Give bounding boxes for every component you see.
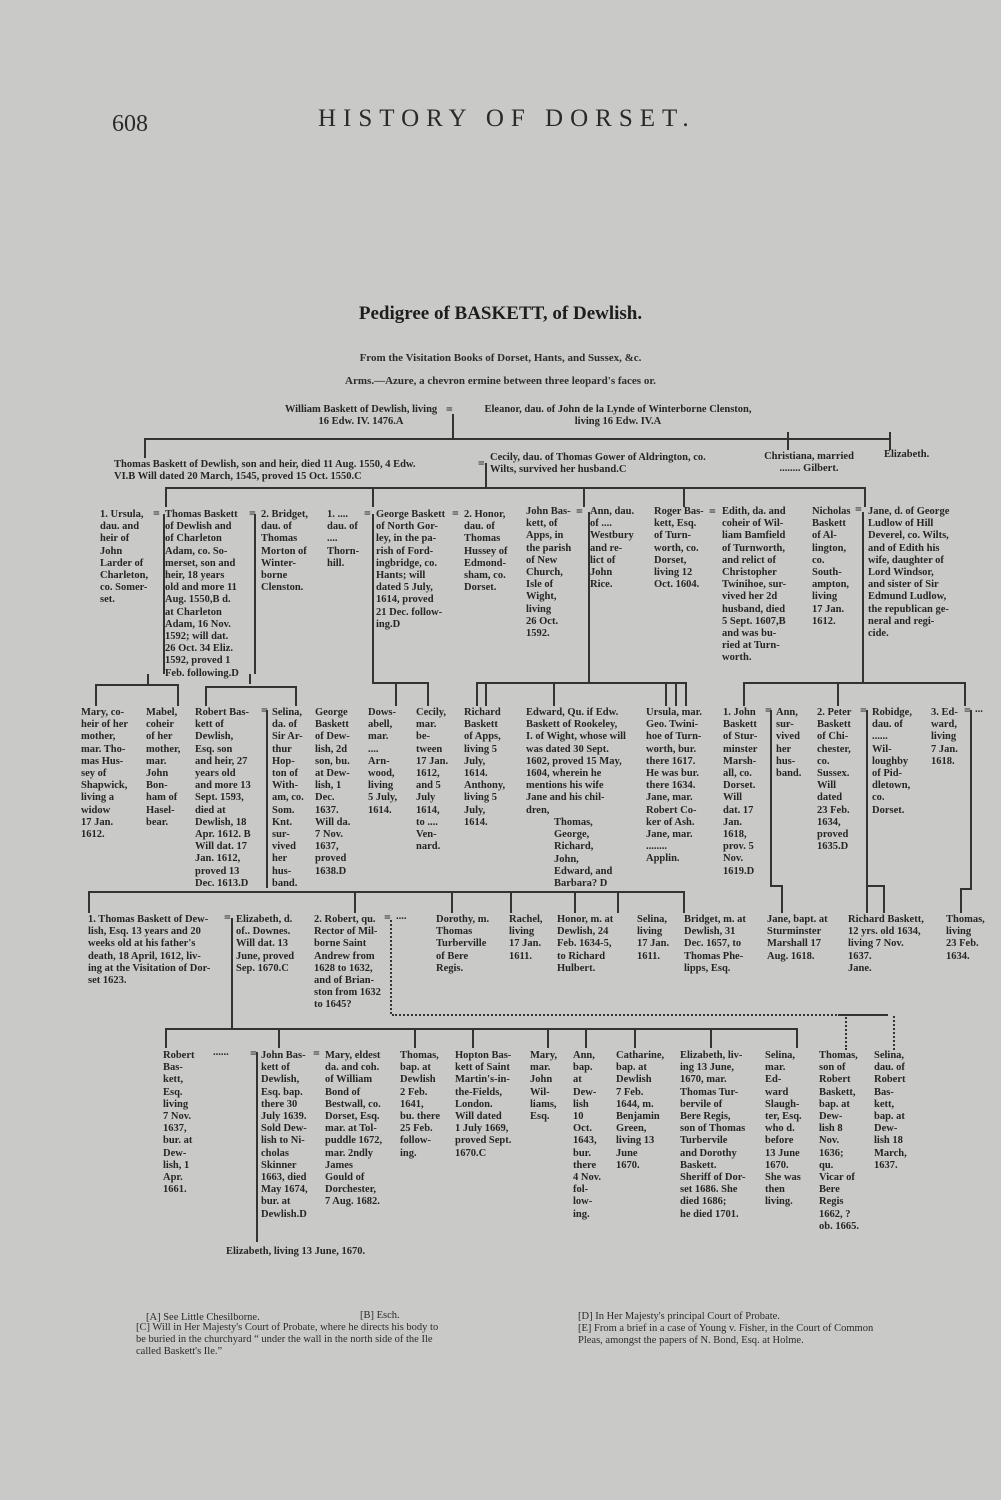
sibling-line	[165, 487, 865, 489]
person-selina-hopton: Selina, da. of Sir Ar- thur Hop- ton of …	[272, 707, 312, 890]
page-number: 608	[112, 118, 148, 130]
descent-line	[710, 1028, 712, 1048]
person-hopton-baskett: Hopton Bas- kett of Saint Martin's-in- t…	[455, 1050, 523, 1160]
person-ann-wife-john: Ann, sur- vived her hus- band.	[776, 707, 810, 780]
person-john-baskett-gen6: John Bas- kett of Dewlish, Esq. bap. the…	[261, 1050, 315, 1221]
pedigree-arms: Arms.—Azure, a chevron ermine between th…	[0, 375, 1001, 387]
descent-line	[864, 487, 866, 507]
person-robert-rector: 2. Robert, qu. Rector of Mil- borne Sain…	[314, 914, 390, 1012]
person-elizabeth-turbervile: Elizabeth, liv- ing 13 June, 1670, mar. …	[680, 1050, 760, 1221]
person-thomas-gen6: Thomas, bap. at Dewlish 2 Feb. 1641, bu.…	[400, 1050, 444, 1160]
marriage-line	[256, 1052, 258, 1242]
descent-line	[796, 1028, 798, 1048]
descent-line	[476, 682, 478, 706]
pedigree-title: Pedigree of BASKETT, of Dewlish.	[0, 308, 1001, 320]
descent-line	[452, 414, 454, 438]
descent-line	[395, 682, 397, 706]
marriage-line	[970, 710, 972, 890]
person-dorothy-turberville: Dorothy, m. Thomas Turberville of Bere R…	[436, 914, 500, 975]
marriage-line	[862, 512, 864, 682]
person-bridget-phelipps: Bridget, m. at Dewlish, 31 Dec. 1657, to…	[684, 914, 760, 975]
person-selina-dau-of-robert: Selina, dau. of Robert Bas- kett, bap. a…	[874, 1050, 922, 1172]
person-ursula-twinihoe: Ursula, mar. Geo. Twini- hoe of Turn- wo…	[646, 707, 708, 866]
dotted-descent-line	[845, 1014, 847, 1050]
descent-line	[95, 684, 97, 706]
person-robert-baskett-gen4: Robert Bas- kett of Dewlish, Esq. son an…	[195, 707, 263, 890]
sibling-line	[88, 891, 683, 893]
descent-line	[743, 682, 745, 706]
descent-line	[249, 674, 251, 684]
descent-line	[295, 686, 297, 706]
person-mary-williams: Mary, mar. John Wil- liams, Esq.	[530, 1050, 568, 1123]
descent-line	[205, 686, 207, 706]
sibling-line	[205, 686, 295, 688]
descent-line	[427, 682, 429, 706]
descent-line	[866, 885, 868, 913]
person-edward-baskett-3: 3. Ed- ward, living 7 Jan. 1618.	[931, 707, 967, 768]
descent-line	[574, 891, 576, 913]
person-edith-bamfield: Edith, da. and coheir of Wil- liam Bamfi…	[722, 506, 802, 665]
sibling-line	[144, 438, 890, 440]
marriage-line	[770, 710, 772, 885]
person-george-baskett-gen4: George Baskett of Dew- lish, 2d son, bu.…	[315, 707, 360, 878]
descent-line	[354, 891, 356, 913]
person-thornhill-daughter: 1. .... dau. of .... Thorn- hill.	[327, 509, 369, 570]
person-roger-baskett: Roger Bas- kett, Esq. of Turn- worth, co…	[654, 506, 708, 591]
descent-line	[553, 682, 555, 706]
descent-line	[485, 682, 487, 706]
descent-line	[88, 891, 90, 913]
person-selina-gen5: Selina, living 17 Jan. 1611.	[637, 914, 677, 963]
person-john-baskett-apps: John Bas- kett, of Apps, in the parish o…	[526, 506, 578, 640]
marriage-symbol: =	[313, 1046, 320, 1061]
sibling-line	[372, 682, 427, 684]
footnote-b: [B] Esch.	[360, 1310, 400, 1322]
marriage-line	[254, 514, 256, 674]
person-rachel: Rachel, living 17 Jan. 1611.	[509, 914, 551, 963]
descent-line	[781, 885, 783, 913]
person-thomas-baskett-gen2: Thomas Baskett of Dewlish, son and heir,…	[114, 459, 484, 483]
descent-line	[960, 888, 962, 913]
sibling-line	[476, 682, 686, 684]
person-william-baskett: William Baskett of Dewlish, living 16 Ed…	[268, 404, 454, 428]
person-ursula-larder: 1. Ursula, dau. and heir of John Larder …	[100, 509, 158, 607]
pedigree-source: From the Visitation Books of Dorset, Han…	[0, 352, 1001, 364]
footnote-c: [C] Will in Her Majesty's Court of Proba…	[136, 1322, 566, 1358]
descent-line	[889, 432, 891, 450]
dotted-sibling-line	[392, 1014, 840, 1016]
dotted-descent-line	[390, 920, 392, 1014]
john-first-wife-unknown: ......	[213, 1047, 229, 1059]
person-catharine-green: Catharine, bap. at Dewlish 7 Feb. 1644, …	[616, 1050, 672, 1172]
descent-line	[547, 1028, 549, 1048]
descent-line	[472, 1028, 474, 1048]
person-mabel-coheir: Mabel, coheir of her mother, mar. John B…	[146, 707, 190, 829]
running-head: HISTORY OF DORSET.	[318, 113, 696, 125]
descent-line	[617, 891, 619, 913]
marriage-line	[266, 710, 268, 888]
descent-line	[665, 682, 667, 706]
marriage-line	[372, 514, 374, 682]
marriage-symbol: =	[224, 910, 231, 925]
person-peter-baskett: 2. Peter Baskett of Chi- chester, co. Su…	[817, 707, 863, 853]
person-elizabeth-downes: Elizabeth, d. of.. Downes. Will dat. 13 …	[236, 914, 308, 975]
sibling-line	[743, 682, 965, 684]
person-christiana: Christiana, married ........ Gilbert.	[754, 451, 864, 475]
person-nicholas-baskett: Nicholas Baskett of Al- lington, co. Sou…	[812, 506, 862, 628]
person-eleanor: Eleanor, dau. of John de la Lynde of Win…	[458, 404, 778, 428]
person-robert-baskett-gen6: Robert Bas- kett, Esq. living 7 Nov. 163…	[163, 1050, 205, 1196]
person-thomas-baskett-gen5: 1. Thomas Baskett of Dew- lish, Esq. 13 …	[88, 914, 226, 987]
descent-line	[837, 682, 839, 706]
marriage-symbol: =	[709, 504, 716, 519]
sibling-line	[866, 885, 884, 887]
person-thomas-baskett-gen3: Thomas Baskett of Dewlish and of Charlet…	[165, 509, 251, 680]
descent-line	[585, 1028, 587, 1048]
descent-line	[675, 682, 677, 706]
descent-line	[485, 463, 487, 488]
descent-line	[510, 891, 512, 913]
descent-line	[683, 487, 685, 507]
descent-line	[787, 432, 789, 450]
person-richard-baskett-apps: Richard Baskett of Apps, living 5 July, …	[464, 707, 516, 829]
person-jane-sturminster: Jane, bapt. at Sturminster Marshall 17 A…	[767, 914, 839, 963]
edward-children-list: Thomas, George, Richard, John, Edward, a…	[554, 817, 634, 890]
person-honor-hulbert: Honor, m. at Dewlish, 24 Feb. 1634-5, to…	[557, 914, 627, 975]
marriage-symbol: =	[576, 504, 583, 519]
person-elizabeth-gen2: Elizabeth.	[884, 449, 929, 461]
sibling-line	[165, 1028, 797, 1030]
person-elizabeth-gen7: Elizabeth, living 13 June, 1670.	[226, 1246, 365, 1258]
edward3-wife-unknown: ...	[975, 704, 983, 716]
descent-line	[177, 684, 179, 706]
person-edward-rookeley: Edward, Qu. if Edw. Baskett of Rookeley,…	[526, 707, 638, 817]
descent-line	[414, 1028, 416, 1048]
descent-line	[685, 682, 687, 706]
person-honor-hussey: 2. Honor, dau. of Thomas Hussey of Edmon…	[464, 509, 516, 594]
person-jane-ludlow: Jane, d. of George Ludlow of Hill Devere…	[868, 506, 964, 640]
person-cecily-vennard: Cecily, mar. be- tween 17 Jan. 1612, and…	[416, 707, 458, 853]
marriage-symbol: =	[153, 506, 160, 521]
person-george-baskett-gorley: George Baskett of North Gor- ley, in the…	[376, 509, 456, 631]
descent-line	[583, 487, 585, 507]
descent-line	[372, 487, 374, 507]
marriage-line	[866, 710, 868, 885]
person-richard-baskett-gen5: Richard Baskett, 12 yrs. old 1634, livin…	[848, 914, 940, 975]
person-thomas-gen5: Thomas, living 23 Feb. 1634.	[946, 914, 996, 963]
marriage-symbol: =	[855, 502, 862, 517]
marriage-symbol: =	[478, 456, 485, 471]
person-selina-slaughter: Selina, mar. Ed- ward Slaugh- ter, Esq. …	[765, 1050, 813, 1209]
person-thomas-son-of-robert: Thomas, son of Robert Baskett, bap. at D…	[819, 1050, 869, 1233]
marriage-line	[163, 514, 165, 674]
descent-line	[634, 1028, 636, 1048]
marriage-line	[588, 512, 590, 682]
person-dowsabell: Dows- abell, mar. .... Arn- wood, living…	[368, 707, 408, 817]
robert-wife-unknown: ....	[396, 911, 407, 923]
marriage-line	[231, 918, 233, 1030]
descent-line	[451, 891, 453, 913]
dotted-descent-line	[893, 1016, 895, 1050]
footnote-d: [D] In Her Majesty's principal Court of …	[578, 1311, 780, 1323]
person-mary-coheir: Mary, co- heir of her mother, mar. Tho- …	[81, 707, 145, 841]
sibling-line	[840, 1014, 888, 1016]
footnote-e: [E] From a brief in a case of Young v. F…	[578, 1323, 978, 1347]
descent-line	[165, 487, 167, 507]
sibling-line	[95, 684, 178, 686]
descent-line	[147, 674, 149, 684]
person-john-baskett-sturminster: 1. John Baskett of Stur- minster Marsh- …	[723, 707, 767, 878]
person-robidge-willoughby: Robidge, dau. of ...... Wil- loughby of …	[872, 707, 922, 817]
person-bridget-morton: 2. Bridget, dau. of Thomas Morton of Win…	[261, 509, 321, 594]
marriage-symbol: =	[364, 506, 371, 521]
descent-line	[883, 885, 885, 913]
descent-line	[683, 891, 685, 913]
descent-line	[165, 1028, 167, 1048]
person-ann-gen6: Ann, bap. at Dew- lish 10 Oct. 1643, bur…	[573, 1050, 609, 1221]
person-mary-bond: Mary, eldest da. and coh. of William Bon…	[325, 1050, 393, 1209]
descent-line	[144, 438, 146, 458]
person-cecily-gower: Cecily, dau. of Thomas Gower of Aldringt…	[490, 452, 750, 476]
marriage-symbol: =	[452, 506, 459, 521]
person-ann-westbury: Ann, dau. of .... Westbury and re- lict …	[590, 506, 640, 591]
descent-line	[278, 1028, 280, 1048]
